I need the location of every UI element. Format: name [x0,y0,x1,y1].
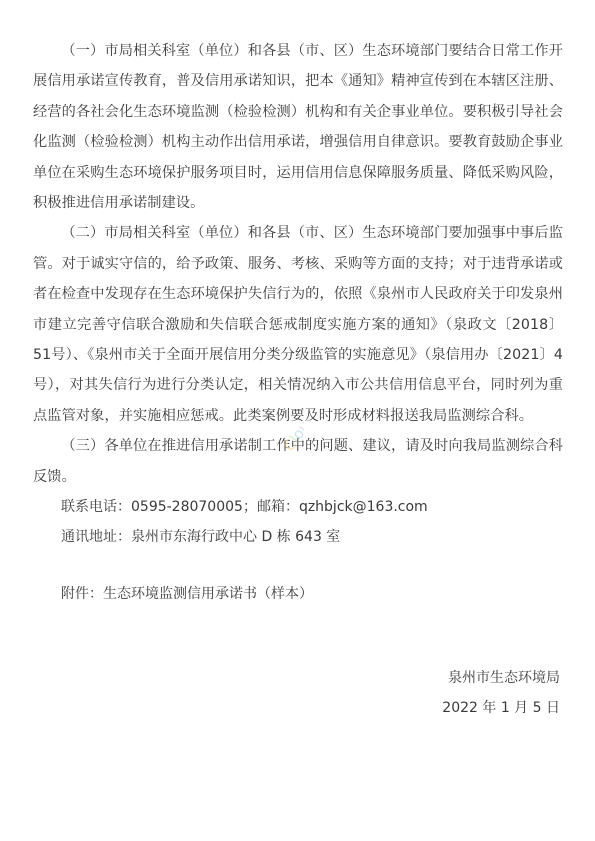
signature-organization: 泉州市生态环境局 [442,663,560,693]
paragraph-2: （二）市局相关科室（单位）和各县（市、区）生态环境部门要加强事中事后监管。对于诚… [33,218,563,431]
document-body: （一）市局相关科室（单位）和各县（市、区）生态环境部门要结合日常工作开展信用承诺… [33,36,563,609]
contact-phone-email: 联系电话：0595-28070005；邮箱：qzhbjck@163.com [33,492,563,522]
paragraph-3: （三）各单位在推进信用承诺制工作中的问题、建议，请及时向我局监测综合科反馈。 [33,431,563,492]
signature-date: 2022 年 1 月 5 日 [442,693,560,723]
paragraph-1: （一）市局相关科室（单位）和各县（市、区）生态环境部门要结合日常工作开展信用承诺… [33,36,563,218]
contact-address: 通讯地址：泉州市东海行政中心 D 栋 643 室 [33,522,563,552]
signature-block: 泉州市生态环境局 2022 年 1 月 5 日 [442,663,560,723]
attachment-line: 附件：生态环境监测信用承诺书（样本） [33,579,563,609]
spacer [33,552,563,579]
